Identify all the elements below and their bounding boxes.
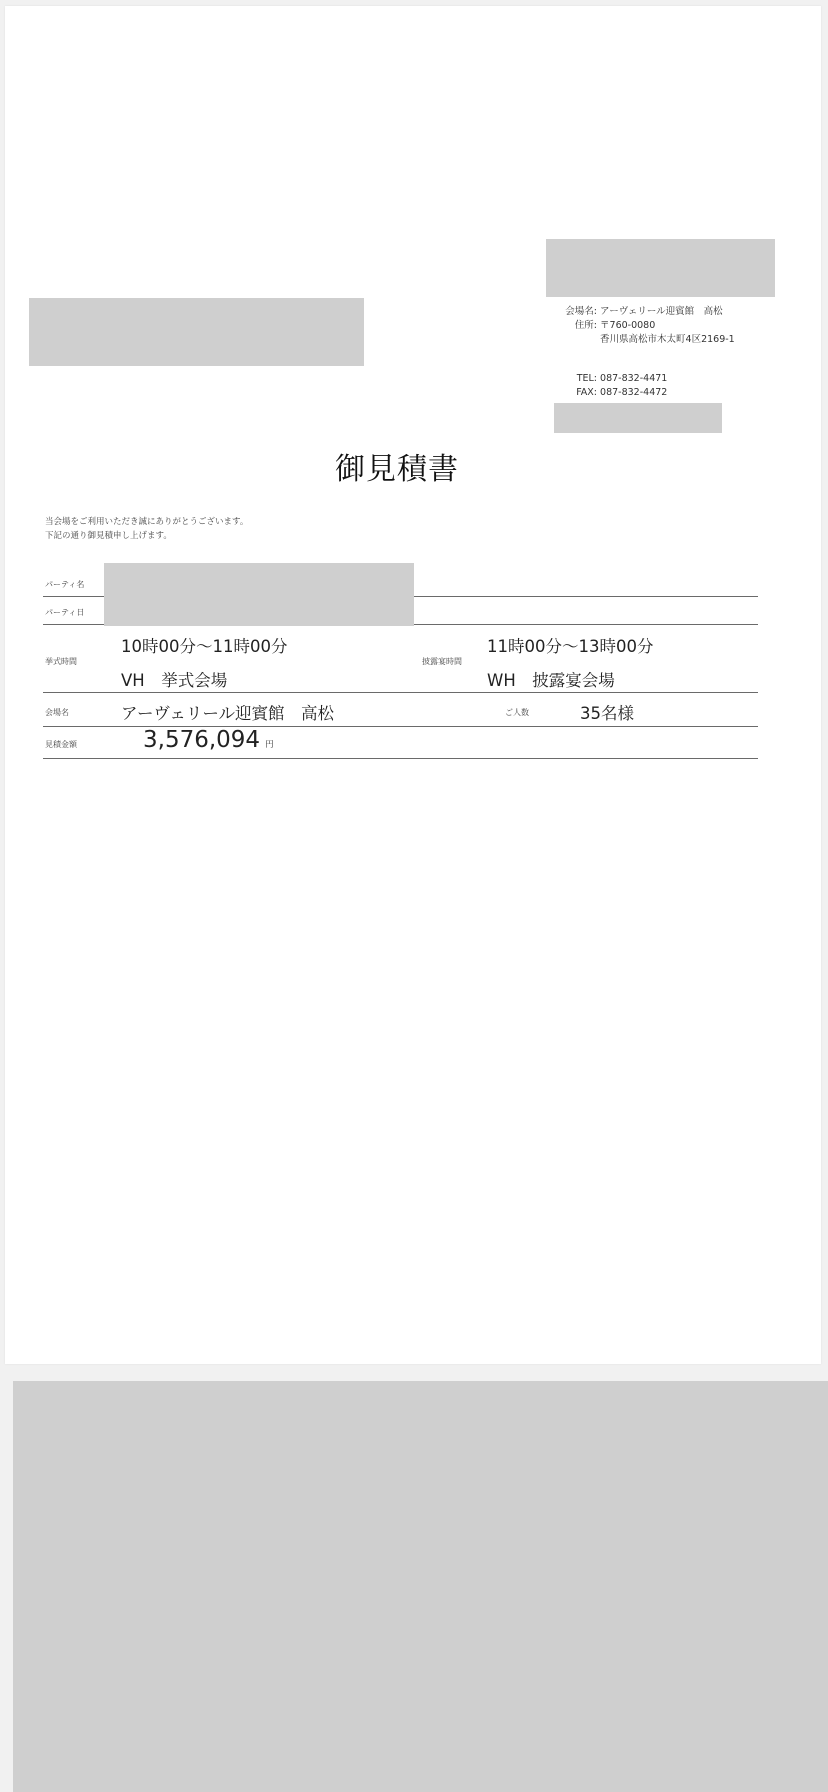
ceremony-time-label: 挙式時間: [45, 656, 77, 667]
ceremony-time-value: 10時00分〜11時00分: [121, 633, 287, 657]
party-name-label: パーティ名: [45, 579, 84, 590]
reception-time-label: 披露宴時間: [422, 656, 462, 667]
currency-label: 円: [265, 740, 274, 750]
document-title: 御見積書: [335, 444, 459, 488]
venue-info-block: 会場名: アーヴェリール迎賓館 高松 住所: 〒760-0080 香川県高松市木…: [562, 305, 735, 347]
tel-label: TEL:: [562, 372, 597, 386]
estimate-document-page: 会場名: アーヴェリール迎賓館 高松 住所: 〒760-0080 香川県高松市木…: [5, 6, 821, 1364]
greeting-text: 当会場をご利用いただき誠にありがとうございます。 下記の通り御見積申し上げます。: [45, 515, 248, 543]
address-label: 住所:: [562, 319, 597, 333]
ceremony-venue-value: VH 挙式会場: [121, 667, 227, 691]
divider: [43, 758, 758, 759]
venue-name-value: アーヴェリール迎賓館 高松: [600, 306, 723, 317]
redacted-footer-region: [13, 1381, 828, 1792]
address-value: 香川県高松市木太町4区2169-1: [600, 334, 735, 345]
venue-name-label: 会場名:: [562, 305, 597, 319]
redacted-stamp-area: [554, 403, 722, 433]
venue-value: アーヴェリール迎賓館 高松: [121, 700, 334, 724]
redacted-recipient-name: [29, 298, 364, 366]
tel-value: 087-832-4471: [600, 373, 667, 384]
greeting-line-1: 当会場をご利用いただき誠にありがとうございます。: [45, 515, 248, 529]
redacted-company-logo: [546, 239, 775, 297]
guests-value: 35名様: [580, 700, 634, 724]
venue-label: 会場名: [45, 707, 69, 718]
guests-label: ご人数: [505, 707, 529, 718]
postal-code-value: 〒760-0080: [600, 320, 655, 331]
reception-time-value: 11時00分〜13時00分: [487, 633, 653, 657]
estimate-amount-label: 見積金額: [45, 739, 77, 750]
divider: [43, 692, 758, 693]
contact-block: TEL: 087-832-4471 FAX: 087-832-4472: [562, 372, 667, 400]
estimate-amount-value: 3,576,094: [143, 727, 260, 753]
fax-value: 087-832-4472: [600, 387, 667, 398]
estimate-amount: 3,576,094 円: [143, 727, 274, 753]
party-date-label: パーティ日: [45, 607, 84, 618]
redacted-party-name-date: [104, 563, 414, 626]
greeting-line-2: 下記の通り御見積申し上げます。: [45, 529, 248, 543]
fax-label: FAX:: [562, 386, 597, 400]
reception-venue-value: WH 披露宴会場: [487, 667, 615, 691]
